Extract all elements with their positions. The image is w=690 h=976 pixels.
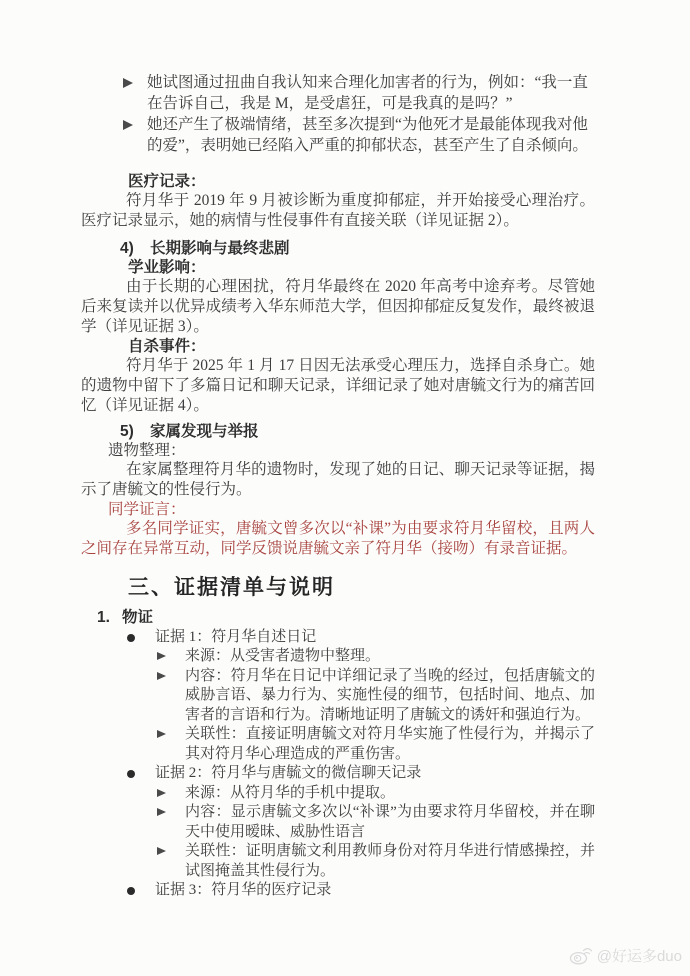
suicide-event-paragraph: 符月华于 2025 年 1 月 17 日因无法承受心理压力，选择自杀身亡。她的遗… <box>81 356 595 416</box>
dot-bullet-icon <box>127 634 135 642</box>
detail-text: 内容：显示唐毓文多次以“补课”为由要求符月华留校，并在聊天中使用暧昧、威胁性语言 <box>185 804 595 840</box>
medical-record-paragraph: 符月华于 2019 年 9 月被诊断为重度抑郁症，并开始接受心理治疗。医疗记录显… <box>81 191 595 231</box>
bullet-text: 她还产生了极端情绪，甚至多次提到“为他死才是最能体现我对他的爱”，表明她已经陷入… <box>147 116 588 154</box>
evidence-detail: 来源：从符月华的手机中提取。 <box>81 784 595 804</box>
section-5-heading: 5) 家属发现与举报 <box>81 422 595 441</box>
arrow-bullet-icon <box>157 789 166 797</box>
evidence-title: 证据 3：符月华的医疗记录 <box>155 882 331 898</box>
academic-impact-paragraph: 由于长期的心理困扰，符月华最终在 2020 年高考中途弃考。尽管她后来复读并以优… <box>81 277 595 337</box>
arrow-bullet-icon <box>157 672 166 680</box>
evidence-list-heading: 三、证据清单与说明 <box>128 574 595 602</box>
section-number: 4) <box>120 239 134 258</box>
arrow-bullet-icon <box>123 78 133 88</box>
evidence-detail: 关联性：直接证明唐毓文对符月华实施了性侵行为，并揭示了其对符月华心理造成的严重伤… <box>81 725 595 764</box>
evidence-detail: 内容：显示唐毓文多次以“补课”为由要求符月华留校，并在聊天中使用暧昧、威胁性语言 <box>81 803 595 842</box>
evidence-item: 证据 3：符月华的医疗记录 <box>81 881 595 901</box>
spacer <box>81 231 595 239</box>
dot-bullet-icon <box>127 887 135 895</box>
list-title: 物证 <box>122 609 153 626</box>
watermark-text: @好运多duo <box>597 945 682 966</box>
dot-bullet-icon <box>127 770 135 778</box>
evidence-detail: 关联性：证明唐毓文利用教师身份对符月华进行情感操控，并试图掩盖其性侵行为。 <box>81 842 595 881</box>
bullet-item: 她还产生了极端情绪，甚至多次提到“为他死才是最能体现我对他的爱”，表明她已经陷入… <box>81 114 595 156</box>
arrow-bullet-icon <box>123 120 133 130</box>
detail-text: 来源：从符月华的手机中提取。 <box>185 785 395 801</box>
section-title: 家属发现与举报 <box>150 423 259 440</box>
detail-text: 内容：符月华在日记中详细记录了当晚的经过，包括唐毓文的威胁言语、暴力行为、实施性… <box>185 668 595 723</box>
suicide-event-label: 自杀事件： <box>128 337 595 356</box>
bullet-item: 她试图通过扭曲自我认知来合理化加害者的行为，例如：“我一直在告诉自己，我是 M，… <box>81 72 595 114</box>
testimony-paragraph: 多名同学证实，唐毓文曾多次以“补课”为由要求符月华留校，且两人之间存在异常互动，… <box>81 519 595 559</box>
academic-impact-label: 学业影响： <box>128 258 595 277</box>
detail-text: 关联性：直接证明唐毓文对符月华实施了性侵行为，并揭示了其对符月华心理造成的严重伤… <box>185 726 595 762</box>
weibo-logo-icon <box>569 946 593 965</box>
evidence-detail: 内容：符月华在日记中详细记录了当晚的经过，包括唐毓文的威胁言语、暴力行为、实施性… <box>81 667 595 726</box>
medical-record-label: 医疗记录： <box>128 172 595 191</box>
section-number: 5) <box>120 422 134 441</box>
relics-paragraph: 在家属整理符月华的遗物时，发现了她的日记、聊天记录等证据，揭示了唐毓文的性侵行为… <box>81 460 595 500</box>
arrow-bullet-icon <box>157 808 166 816</box>
arrow-bullet-icon <box>157 652 166 660</box>
evidence-item: 证据 2：符月华与唐毓文的微信聊天记录 <box>81 764 595 784</box>
top-bullet-list: 她试图通过扭曲自我认知来合理化加害者的行为，例如：“我一直在告诉自己，我是 M，… <box>81 72 595 156</box>
bullet-text: 她试图通过扭曲自我认知来合理化加害者的行为，例如：“我一直在告诉自己，我是 M，… <box>147 74 588 112</box>
testimony-label: 同学证言： <box>108 500 595 519</box>
evidence-title: 证据 2：符月华与唐毓文的微信聊天记录 <box>155 765 421 781</box>
evidence-item: 证据 1：符月华自述日记 <box>81 628 595 648</box>
section-title: 长期影响与最终悲剧 <box>150 240 290 257</box>
weibo-watermark: @好运多duo <box>569 945 682 966</box>
arrow-bullet-icon <box>157 847 166 855</box>
evidence-detail: 来源：从受害者遗物中整理。 <box>81 647 595 667</box>
evidence-title: 证据 1：符月华自述日记 <box>155 629 316 645</box>
document-page: 她试图通过扭曲自我认知来合理化加害者的行为，例如：“我一直在告诉自己，我是 M，… <box>0 0 690 976</box>
arrow-bullet-icon <box>157 730 166 738</box>
list-number: 1. <box>97 608 110 628</box>
section-4-heading: 4) 长期影响与最终悲剧 <box>81 239 595 258</box>
detail-text: 关联性：证明唐毓文利用教师身份对符月华进行情感操控，并试图掩盖其性侵行为。 <box>185 843 595 879</box>
physical-evidence-heading: 1. 物证 <box>81 608 595 628</box>
detail-text: 来源：从受害者遗物中整理。 <box>185 648 380 664</box>
relics-label: 遗物整理： <box>108 441 595 460</box>
